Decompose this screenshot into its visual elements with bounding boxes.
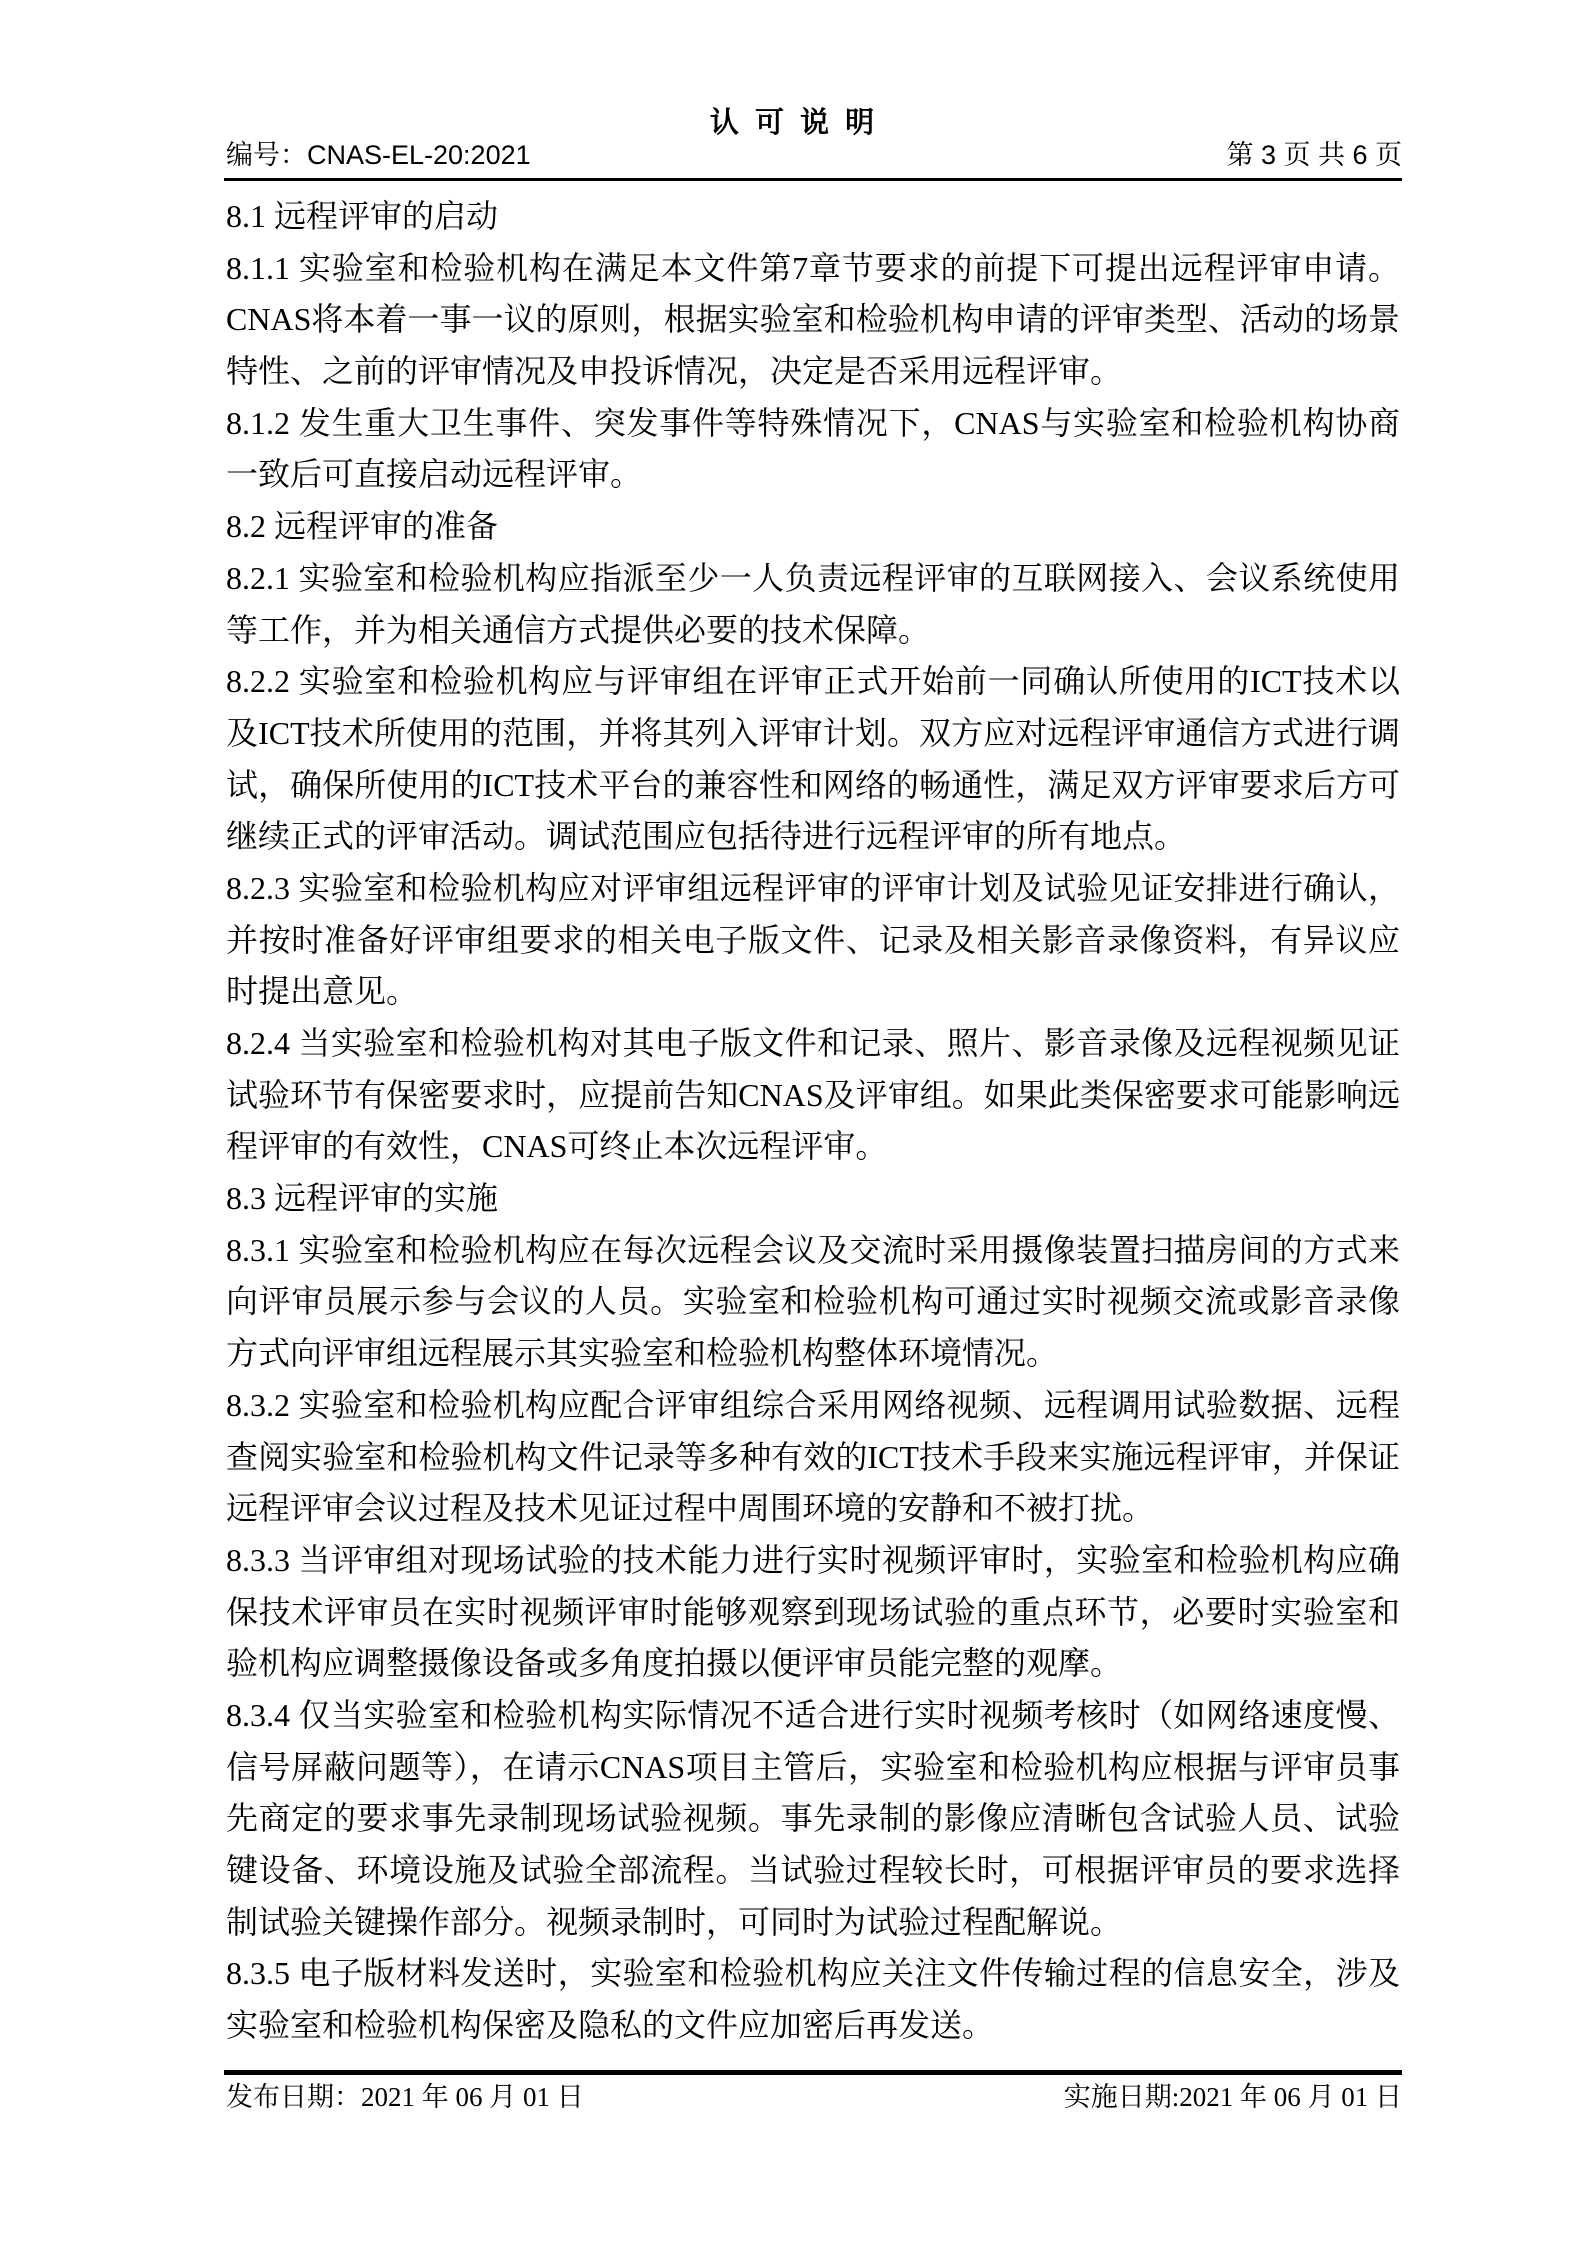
footer-meta-row: 发布日期：2021 年 06 月 01 日 实施日期:2021 年 06 月 0… xyxy=(226,2081,1402,2113)
doc-title: 认 可 说 明 xyxy=(0,106,1588,140)
page-indicator: 第 3 页 共 6 页 xyxy=(1226,140,1402,171)
text-line: 8.3.3 当评审组对现场试验的技术能力进行实时视频评审时，实验室和检验机构应确 xyxy=(226,1535,1400,1587)
text-line: 及ICT技术所使用的范围，并将其列入评审计划。双方应对远程评审通信方式进行调 xyxy=(226,708,1400,760)
section-heading: 8.1 远程评审的启动 xyxy=(226,191,1400,243)
text-line: 8.2.3 实验室和检验机构应对评审组远程评审的评审计划及试验见证安排进行确认， xyxy=(226,863,1400,915)
header-divider xyxy=(224,178,1402,181)
doc-number: 编号：CNAS-EL-20:2021 xyxy=(226,140,531,171)
text-line: 8.2.1 实验室和检验机构应指派至少一人负责远程评审的互联网接入、会议系统使用 xyxy=(226,553,1400,605)
header-meta-row: 编号：CNAS-EL-20:2021 第 3 页 共 6 页 xyxy=(226,140,1402,171)
text-line: 8.3.1 实验室和检验机构应在每次远程会议及交流时采用摄像装置扫描房间的方式来 xyxy=(226,1225,1400,1277)
text-line: 试验环节有保密要求时，应提前告知CNAS及评审组。如果此类保密要求可能影响远 xyxy=(226,1070,1400,1122)
text-line: 向评审员展示参与会议的人员。实验室和检验机构可通过实时视频交流或影音录像的 xyxy=(226,1276,1400,1328)
footer-divider xyxy=(224,2070,1402,2075)
body-text: 8.1 远程评审的启动 8.1.1 实验室和检验机构在满足本文件第7章节要求的前… xyxy=(226,191,1400,2052)
text-line: 特性、之前的评审情况及申投诉情况，决定是否采用远程评审。 xyxy=(226,346,1400,398)
text-line: 方式向评审组远程展示其实验室和检验机构整体环境情况。 xyxy=(226,1328,1400,1380)
section-heading: 8.2 远程评审的准备 xyxy=(226,501,1400,553)
text-line: 8.1.1 实验室和检验机构在满足本文件第7章节要求的前提下可提出远程评审申请。 xyxy=(226,243,1400,295)
text-line: 保技术评审员在实时视频评审时能够观察到现场试验的重点环节，必要时实验室和检 xyxy=(226,1587,1400,1639)
issue-date: 发布日期：2021 年 06 月 01 日 xyxy=(226,2081,584,2113)
text-line: 继续正式的评审活动。调试范围应包括待进行远程评审的所有地点。 xyxy=(226,811,1400,863)
text-line: 先商定的要求事先录制现场试验视频。事先录制的影像应清晰包含试验人员、试验关 xyxy=(226,1793,1400,1845)
text-line: 键设备、环境设施及试验全部流程。当试验过程较长时，可根据评审员的要求选择录 xyxy=(226,1845,1400,1897)
document-page: 认 可 说 明 编号：CNAS-EL-20:2021 第 3 页 共 6 页 8… xyxy=(0,0,1588,2245)
text-line: 制试验关键操作部分。视频录制时，可同时为试验过程配解说。 xyxy=(226,1897,1400,1949)
text-line: 验机构应调整摄像设备或多角度拍摄以便评审员能完整的观摩。 xyxy=(226,1638,1400,1690)
text-line: 试，确保所使用的ICT技术平台的兼容性和网络的畅通性，满足双方评审要求后方可 xyxy=(226,760,1400,812)
text-line: 时提出意见。 xyxy=(226,966,1400,1018)
text-line: CNAS将本着一事一议的原则，根据实验室和检验机构申请的评审类型、活动的场景 xyxy=(226,294,1400,346)
text-line: 8.2.4 当实验室和检验机构对其电子版文件和记录、照片、影音录像及远程视频见证 xyxy=(226,1018,1400,1070)
text-line: 8.1.2 发生重大卫生事件、突发事件等特殊情况下，CNAS与实验室和检验机构协… xyxy=(226,398,1400,450)
text-line: 8.2.2 实验室和检验机构应与评审组在评审正式开始前一同确认所使用的ICT技术… xyxy=(226,656,1400,708)
implementation-date: 实施日期:2021 年 06 月 01 日 xyxy=(1064,2081,1402,2113)
text-line: 并按时准备好评审组要求的相关电子版文件、记录及相关影音录像资料，有异议应及 xyxy=(226,915,1400,967)
text-line: 8.3.4 仅当实验室和检验机构实际情况不适合进行实时视频考核时（如网络速度慢、 xyxy=(226,1690,1400,1742)
text-line: 程评审的有效性，CNAS可终止本次远程评审。 xyxy=(226,1121,1400,1173)
text-line: 等工作，并为相关通信方式提供必要的技术保障。 xyxy=(226,605,1400,657)
text-line: 8.3.2 实验室和检验机构应配合评审组综合采用网络视频、远程调用试验数据、远程 xyxy=(226,1380,1400,1432)
text-line: 信号屏蔽问题等），在请示CNAS项目主管后，实验室和检验机构应根据与评审员事 xyxy=(226,1742,1400,1794)
text-line: 查阅实验室和检验机构文件记录等多种有效的ICT技术手段来实施远程评审，并保证 xyxy=(226,1432,1400,1484)
text-line: 一致后可直接启动远程评审。 xyxy=(226,449,1400,501)
text-line: 远程评审会议过程及技术见证过程中周围环境的安静和不被打扰。 xyxy=(226,1483,1400,1535)
text-line: 8.3.5 电子版材料发送时，实验室和检验机构应关注文件传输过程的信息安全，涉及 xyxy=(226,1948,1400,2000)
section-heading: 8.3 远程评审的实施 xyxy=(226,1173,1400,1225)
text-line: 实验室和检验机构保密及隐私的文件应加密后再发送。 xyxy=(226,2000,1400,2052)
